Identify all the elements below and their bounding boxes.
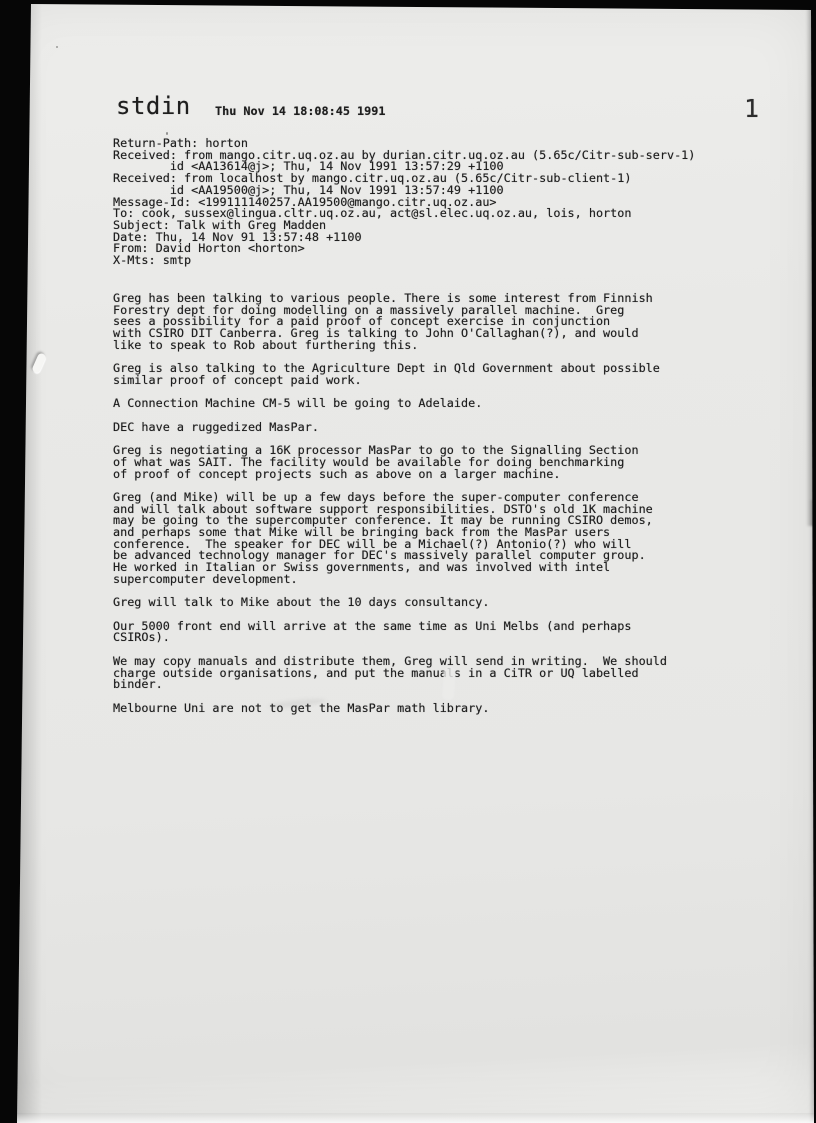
email-headers: Return-Path: horton Received: from mango… [113,138,695,267]
dust-speck [166,132,168,135]
scanned-page: stdin Thu Nov 14 18:08:45 1991 1 Return-… [0,0,816,1123]
dust-speck [10,489,13,492]
scanner-background: stdin Thu Nov 14 18:08:45 1991 1 Return-… [0,0,816,1123]
paper-right-edge-shadow [806,6,815,526]
page-number: 1 [744,96,759,122]
paper-right-edge-shadow-lower [809,500,815,1123]
document-title: stdin [116,94,191,118]
paper-bottom-edge [0,1113,816,1123]
email-body: Greg has been talking to various people.… [113,293,667,714]
correction-smudge-artifact [442,667,456,701]
dust-speck [8,637,11,640]
print-datetime: Thu Nov 14 18:08:45 1991 [215,104,385,118]
dust-speck [56,46,58,48]
paper-left-edge-shadow [16,0,42,1123]
